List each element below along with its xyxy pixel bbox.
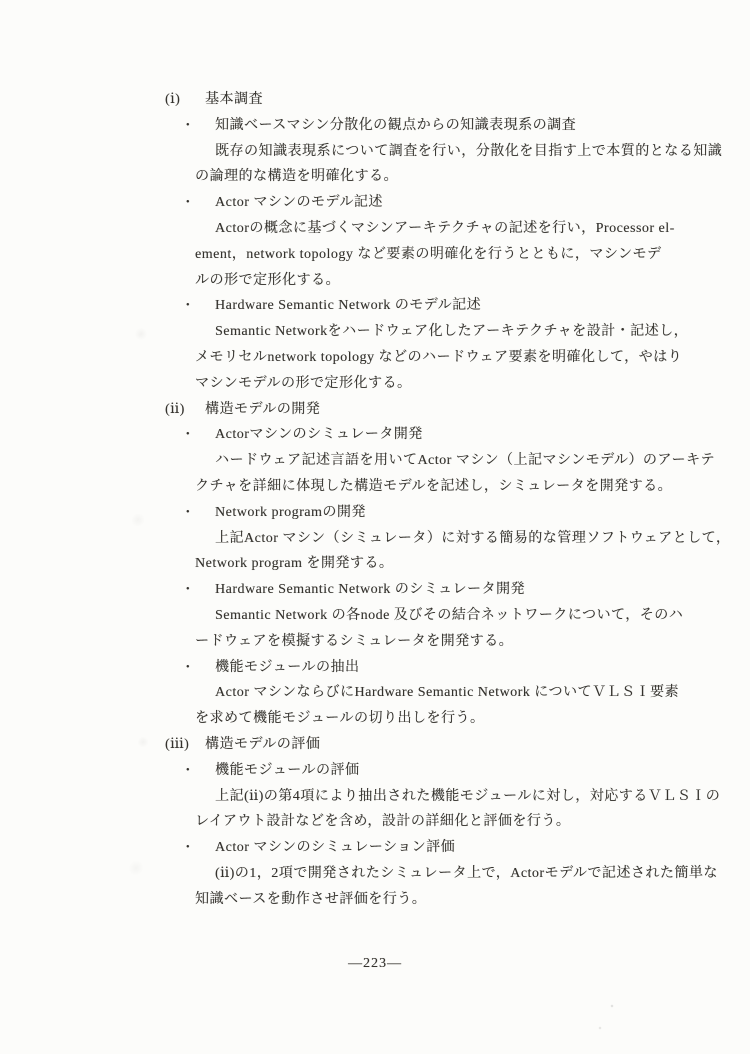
bullet-item: •Actor マシンのシミュレーション評価: [165, 835, 730, 861]
paragraph-line: (ⅱ)の1，2項で開発されたシミュレータ上で，Actorモデルで記述された簡単な: [165, 861, 730, 887]
bullet-icon: •: [186, 758, 215, 784]
section-marker: (ⅰ): [165, 87, 205, 113]
bullet-icon: •: [186, 293, 215, 319]
section-heading: (ⅱ)構造モデルの開発: [165, 397, 730, 423]
paragraph-line: 上記(ⅱ)の第4項により抽出された機能モジュールに対し，対応するＶＬＳＩの: [165, 784, 730, 810]
bullet-icon: •: [186, 655, 215, 681]
bullet-text: Hardware Semantic Network のモデル記述: [215, 298, 481, 313]
paragraph-line: マシンモデルの形で定形化する。: [165, 371, 730, 397]
section-heading: (ⅰ)基本調査: [165, 87, 730, 113]
paragraph-line: ルの形で定形化する。: [165, 268, 730, 294]
bullet-item: •機能モジュールの評価: [165, 758, 730, 784]
paragraph-line: Semantic Networkをハードウェア化したアーキテクチャを設計・記述し…: [165, 319, 730, 345]
paragraph-line: ハードウェア記述言語を用いてActor マシン（上記マシンモデル）のアーキテ: [165, 448, 730, 474]
paragraph-line: 上記Actor マシン（シミュレータ）に対する簡易的な管理ソフトウェアとして，: [165, 526, 730, 552]
document-page: (ⅰ)基本調査 •知識ベースマシン分散化の観点からの知識表現系の調査 既存の知識…: [0, 0, 750, 1054]
section-title: 構造モデルの評価: [205, 737, 320, 752]
bullet-text: Actor マシンのシミュレーション評価: [215, 840, 455, 855]
bullet-item: •機能モジュールの抽出: [165, 655, 730, 681]
bullet-text: 機能モジュールの評価: [215, 763, 359, 778]
text-column: (ⅰ)基本調査 •知識ベースマシン分散化の観点からの知識表現系の調査 既存の知識…: [165, 87, 730, 913]
bullet-item: •Network programの開発: [165, 500, 730, 526]
paragraph-line: ement，network topology など要素の明確化を行うとともに，マ…: [165, 242, 730, 268]
bullet-icon: •: [186, 113, 215, 139]
paragraph-line: メモリセルnetwork topology などのハードウェア要素を明確化して，…: [165, 345, 730, 371]
section-title: 構造モデルの開発: [205, 402, 320, 417]
paragraph-line: Actorの概念に基づくマシンアーキテクチャの記述を行い，Processor e…: [165, 216, 730, 242]
bullet-text: Network programの開発: [215, 505, 366, 520]
bullet-text: Actor マシンのモデル記述: [215, 195, 383, 210]
paragraph-line: レイアウト設計などを含め，設計の詳細化と評価を行う。: [165, 809, 730, 835]
bullet-item: •Hardware Semantic Network のモデル記述: [165, 293, 730, 319]
paragraph-line: Semantic Network の各node 及びその結合ネットワークについて…: [165, 603, 730, 629]
section-marker: (ⅲ): [165, 732, 205, 758]
bullet-icon: •: [186, 577, 215, 603]
paragraph-line: Actor マシンならびにHardware Semantic Network に…: [165, 680, 730, 706]
bullet-item: •Actorマシンのシミュレータ開発: [165, 422, 730, 448]
page-number: —223—: [0, 956, 750, 972]
section-title: 基本調査: [205, 92, 263, 107]
paragraph-line: Network program を開発する。: [165, 551, 730, 577]
bullet-text: Actorマシンのシミュレータ開発: [215, 427, 423, 442]
bullet-item: •知識ベースマシン分散化の観点からの知識表現系の調査: [165, 113, 730, 139]
paragraph-line: 知識ベースを動作させ評価を行う。: [165, 887, 730, 913]
bullet-text: 機能モジュールの抽出: [215, 660, 359, 675]
paragraph-line: の論理的な構造を明確化する。: [165, 164, 730, 190]
section-heading: (ⅲ)構造モデルの評価: [165, 732, 730, 758]
bullet-icon: •: [186, 422, 215, 448]
bullet-text: 知識ベースマシン分散化の観点からの知識表現系の調査: [215, 118, 576, 133]
paragraph-line: 既存の知識表現系について調査を行い，分散化を目指す上で本質的となる知識: [165, 139, 730, 165]
paragraph-line: ードウェアを模擬するシミュレータを開発する。: [165, 629, 730, 655]
bullet-icon: •: [186, 835, 215, 861]
paragraph-line: を求めて機能モジュールの切り出しを行う。: [165, 706, 730, 732]
paragraph-line: クチャを詳細に体現した構造モデルを記述し，シミュレータを開発する。: [165, 474, 730, 500]
bullet-icon: •: [186, 500, 215, 526]
bullet-item: •Actor マシンのモデル記述: [165, 190, 730, 216]
bullet-item: •Hardware Semantic Network のシミュレータ開発: [165, 577, 730, 603]
bullet-icon: •: [186, 190, 215, 216]
bullet-text: Hardware Semantic Network のシミュレータ開発: [215, 582, 525, 597]
section-marker: (ⅱ): [165, 397, 205, 423]
